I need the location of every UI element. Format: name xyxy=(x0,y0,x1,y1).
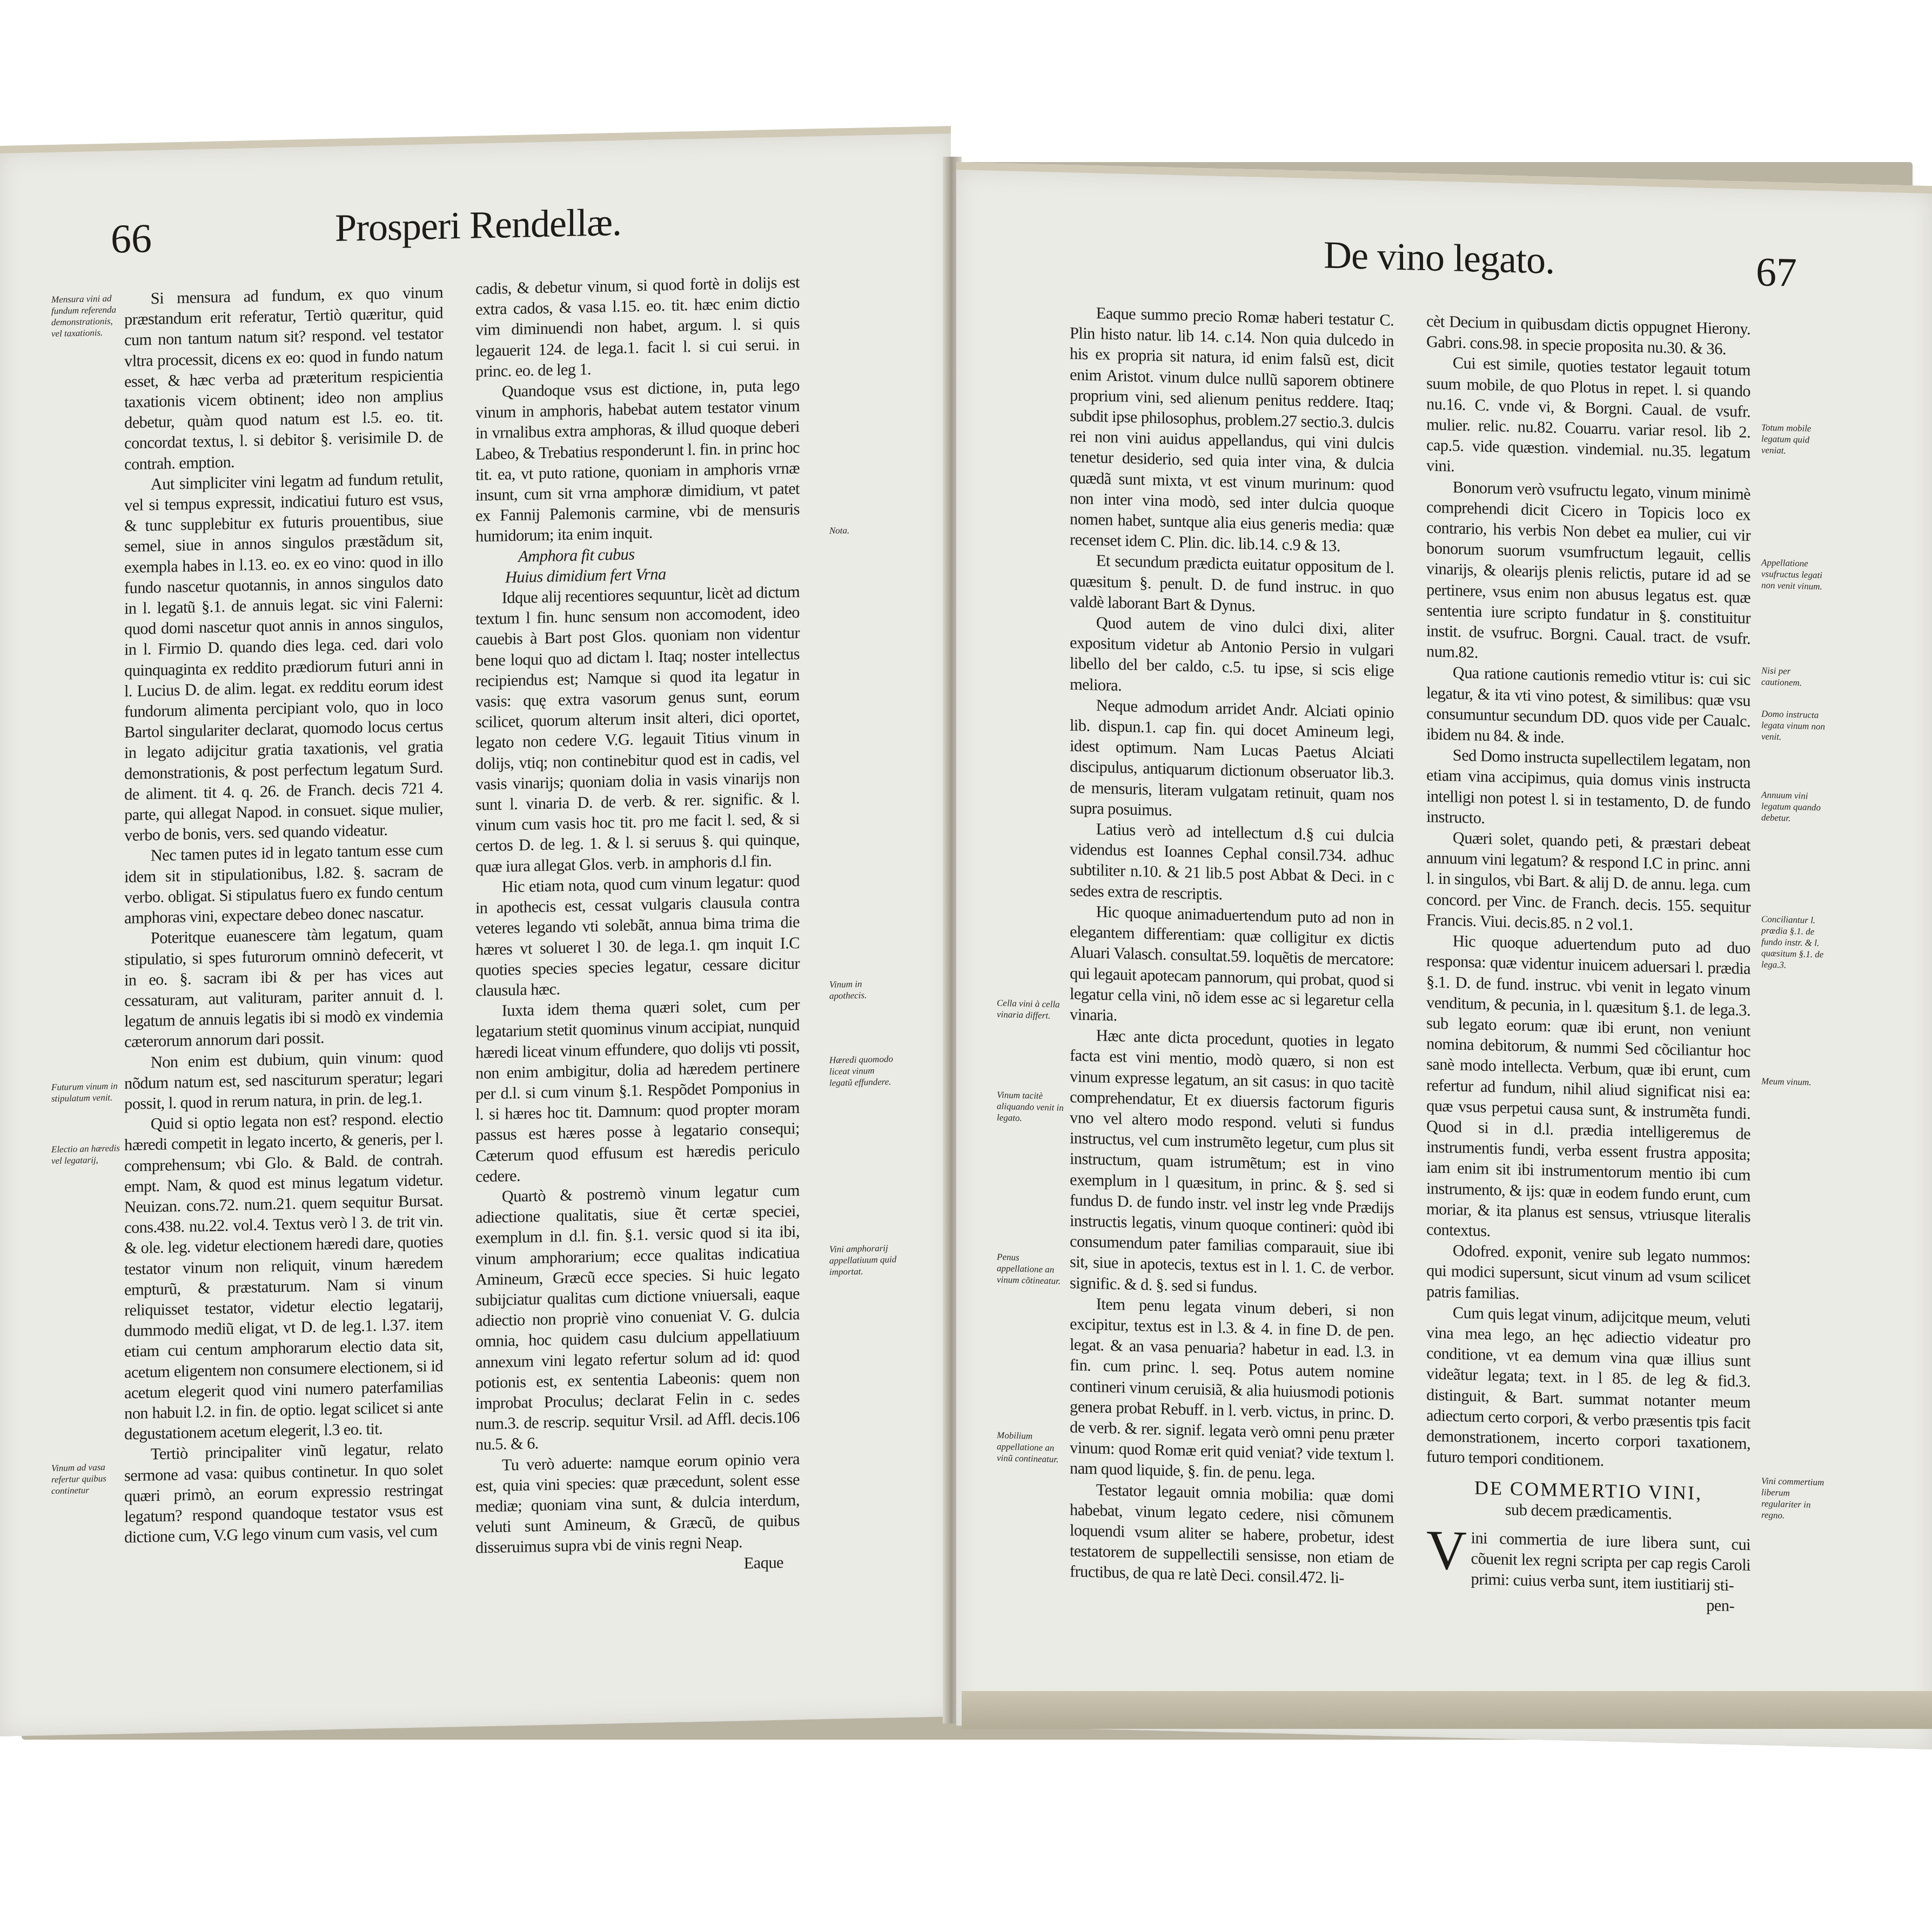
right-column-2: cèt Decium in quibusdam dictis oppugnet … xyxy=(1426,311,1750,1616)
paragraph: cadis, & debetur vinum, si quod fortè in… xyxy=(475,272,800,382)
paragraph: Bonorum verò vsufructu legato, vinum min… xyxy=(1426,476,1750,669)
paragraph: Hic etiam nota, quod cum vinum legatur: … xyxy=(475,870,800,1001)
paragraph: Item penu legata vinum deberi, si non ex… xyxy=(1070,1293,1394,1486)
paragraph: Idque alij recentiores sequuntur, licèt … xyxy=(475,581,800,877)
paragraph: Qua ratione cautionis remedio vtitur is:… xyxy=(1426,662,1750,752)
page-number-left: 66 xyxy=(111,215,152,263)
left-column-1: Si mensura ad fundum, ex quo vinum præst… xyxy=(124,282,443,1548)
margin-note: Mobilium appellatione an vinũ contineatu… xyxy=(997,1430,1067,1465)
paragraph: Hic quoque aduertendum puto ad duo respo… xyxy=(1426,930,1750,1247)
running-head-left: Prosperi Rendellæ. xyxy=(335,200,621,251)
paragraph: Aut simpliciter vini legatm ad fundum re… xyxy=(124,468,443,846)
margin-note: Domo instructa legata vinum non venit. xyxy=(1761,708,1832,743)
margin-note: Conciliantur l. prædia §.1. de fundo ins… xyxy=(1761,913,1832,971)
paragraph: Cui est simile, quoties testator legauit… xyxy=(1426,352,1750,484)
paragraph: Non enim est dubium, quin vinum: quod nõ… xyxy=(124,1045,443,1114)
section-text: ini commertia de iure libera sunt, cui c… xyxy=(1471,1528,1750,1594)
paragraph: Odofred. exponit, venire sub legato numm… xyxy=(1426,1239,1750,1309)
margin-note: Annuum vini legatum quando debetur. xyxy=(1761,789,1832,824)
margin-note: Nisi per cautionem. xyxy=(1761,665,1832,689)
margin-note: Vinum tacitè aliquando venit in legato. xyxy=(997,1089,1067,1125)
margin-note: Vinum in apothecis. xyxy=(829,977,900,1002)
margin-note: Appellatione vsufructus legati non venit… xyxy=(1761,556,1832,592)
running-head-right: De vino legato. xyxy=(1324,233,1554,283)
left-column-2: cadis, & debetur vinum, si quod fortè in… xyxy=(475,272,800,1579)
paragraph: cèt Decium in quibusdam dictis oppugnet … xyxy=(1426,311,1750,360)
paragraph: Quæri solet, quando peti, & præstari deb… xyxy=(1426,827,1750,938)
paragraph: Quartò & postremò vinum legatur cum adie… xyxy=(475,1180,800,1455)
margin-note: Vini amphorarij appellatiuum quid import… xyxy=(829,1242,900,1278)
margin-note: Electio an hæredis vel legatarij, xyxy=(51,1142,122,1166)
margin-note: Futurum vinum in stipulatum venit. xyxy=(51,1080,122,1104)
margin-note: Totum mobile legatum quid veniat. xyxy=(1761,421,1832,457)
margin-note: Meum vinum. xyxy=(1761,1075,1832,1088)
page-number-right: 67 xyxy=(1756,249,1797,297)
paragraph: Poteritque euanescere tàm legatum, quam … xyxy=(124,922,443,1052)
drop-cap: V xyxy=(1426,1527,1467,1574)
margin-note: Penus appellatione an vinum cõtineatur. xyxy=(997,1251,1067,1287)
left-page: 66 Prosperi Rendellæ. Mensura vini ad fu… xyxy=(0,126,951,1736)
margin-note: Nota. xyxy=(829,524,900,536)
paragraph: Si mensura ad fundum, ex quo vinum præst… xyxy=(124,282,443,474)
right-page: De vino legato. 67 Cella vini à cella vi… xyxy=(956,162,1932,1749)
paragraph: Tertiò principaliter vinũ legatur, relat… xyxy=(124,1438,443,1547)
paragraph: Latius verò ad intellectum d.§ cui dulci… xyxy=(1070,818,1394,908)
paragraph: Sed Domo instructa supellectilem legatam… xyxy=(1426,744,1750,835)
margin-note: Hæredi quomodo liceat vinum legatũ effun… xyxy=(829,1053,900,1089)
page-edge-bottom xyxy=(962,1691,1932,1729)
paragraph: Nec tamen putes id in legato tantum esse… xyxy=(124,839,443,928)
section-paragraph: Vini commertia de iure libera sunt, cui … xyxy=(1426,1526,1750,1596)
margin-note: Vini commertium liberum regulariter in r… xyxy=(1761,1475,1832,1522)
margin-note: Cella vini à cella vinaria differt. xyxy=(997,997,1067,1022)
paragraph: Iuxta idem thema quæri solet, cum per le… xyxy=(475,994,800,1186)
paragraph: Quod autem de vino dulci dixi, aliter ex… xyxy=(1070,612,1394,702)
paragraph: Quandoque vsus est dictione, in, puta le… xyxy=(475,375,800,547)
margin-note: Mensura vini ad fundum referenda demonst… xyxy=(51,292,122,339)
paragraph: Tu verò aduerte: namque eorum opinio ver… xyxy=(475,1448,800,1559)
paragraph: Testator legauit omnia mobilia: quæ domi… xyxy=(1070,1479,1394,1590)
paragraph: Eaque summo precio Romæ haberi testatur … xyxy=(1070,302,1394,558)
paragraph: Et secundum prædicta euitatur oppositum … xyxy=(1070,550,1394,620)
paragraph: Hæc ante dicta procedunt, quoties in leg… xyxy=(1070,1024,1394,1300)
margin-note: Vinum ad vasa refertur quibus continetur xyxy=(51,1461,122,1497)
right-column-1: Eaque summo precio Romæ haberi testatur … xyxy=(1070,302,1394,1589)
paragraph: Hic quoque animaduertendum puto ad non i… xyxy=(1070,901,1394,1032)
paragraph: Neque admodum arridet Andr. Alciati opin… xyxy=(1070,694,1394,826)
paragraph: Quid si optio legata non est? respond. e… xyxy=(124,1108,443,1445)
paragraph: Cum quis legat vinum, adijcitque meum, v… xyxy=(1426,1302,1750,1474)
